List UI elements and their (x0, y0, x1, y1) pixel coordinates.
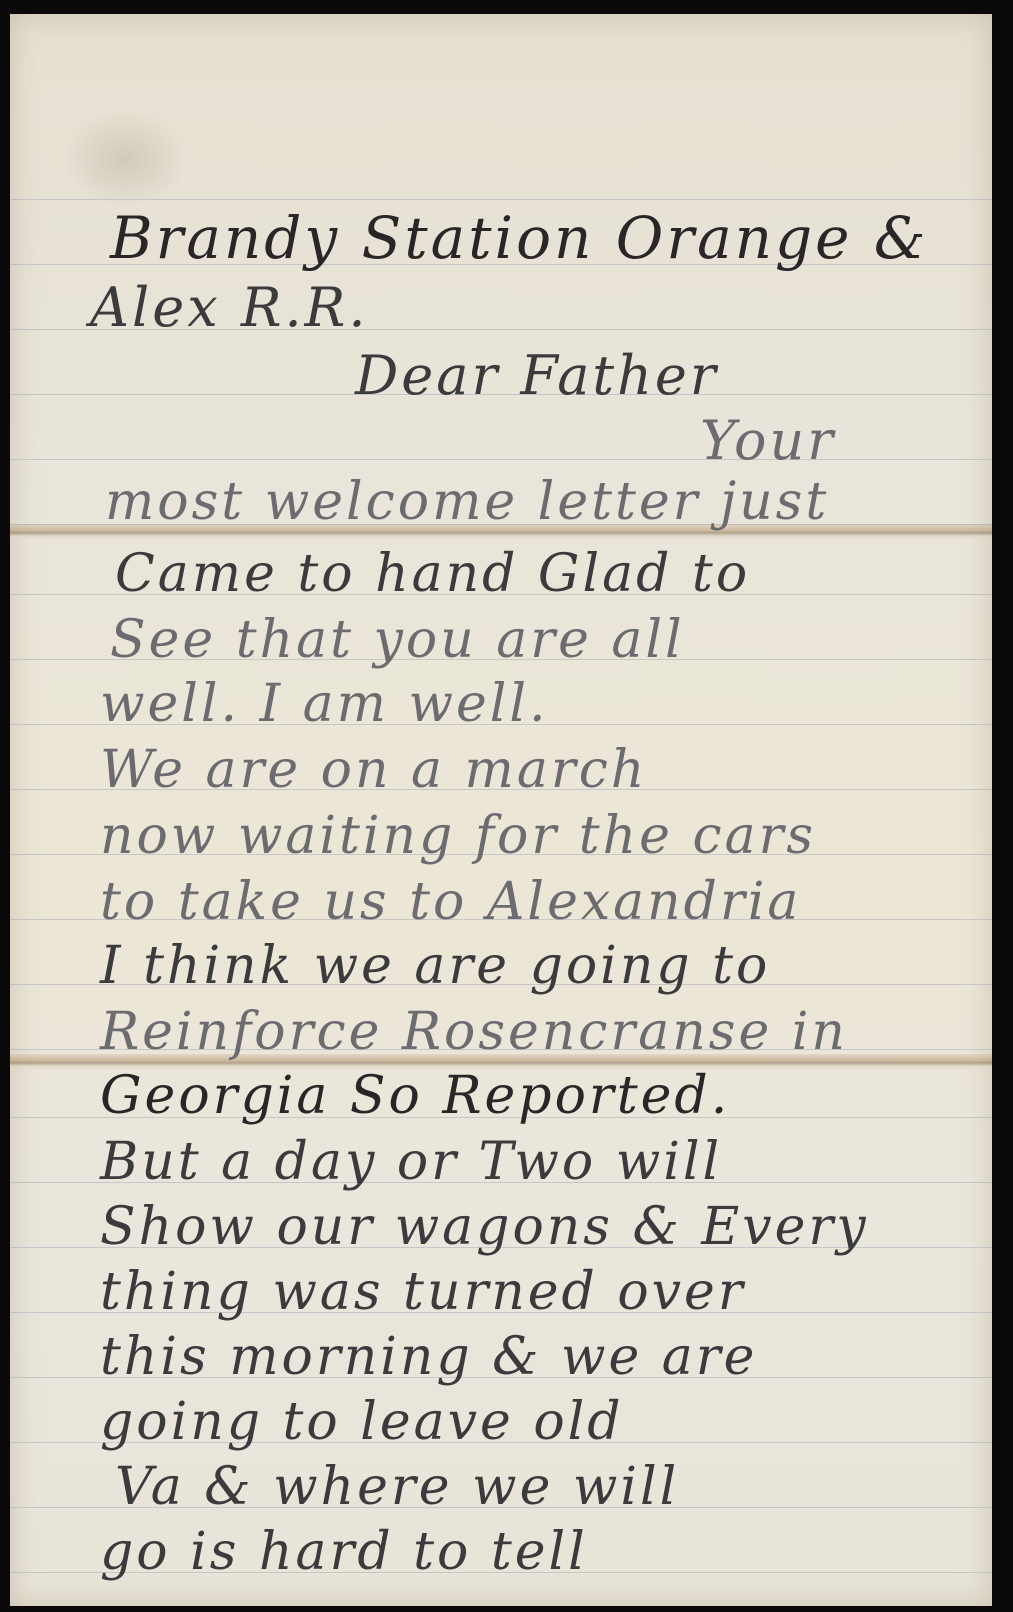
body-line: to take us to Alexandria (100, 872, 801, 932)
body-line: Came to hand Glad to (115, 544, 750, 604)
body-line: now waiting for the cars (100, 806, 816, 866)
salutation: Dear Father (355, 344, 719, 407)
body-line: I think we are going to (100, 936, 770, 996)
salutation-continued: Your (700, 409, 836, 472)
body-line: Georgia So Reported. (100, 1066, 730, 1126)
letter-paper: Brandy Station Orange & Alex R.R. Dear F… (10, 14, 992, 1606)
ruled-line (10, 199, 992, 200)
body-line: going to leave old (100, 1392, 624, 1452)
body-line: We are on a march (100, 740, 647, 800)
body-line: See that you are all (110, 610, 685, 670)
body-line: this morning & we are (100, 1327, 757, 1387)
body-line: Show our wagons & Every (100, 1197, 869, 1257)
body-line: go is hard to tell (100, 1522, 588, 1582)
body-line: Reinforce Rosencranse in (100, 1002, 848, 1062)
body-line: thing was turned over (100, 1262, 746, 1322)
body-line: But a day or Two will (100, 1132, 722, 1192)
ruled-line (10, 459, 992, 460)
body-line: Va & where we will (115, 1457, 679, 1517)
place-line-1: Brandy Station Orange & (110, 204, 929, 272)
body-line: well. I am well. (100, 674, 549, 734)
place-line-2: Alex R.R. (90, 276, 369, 339)
body-line: most welcome letter just (105, 472, 829, 532)
